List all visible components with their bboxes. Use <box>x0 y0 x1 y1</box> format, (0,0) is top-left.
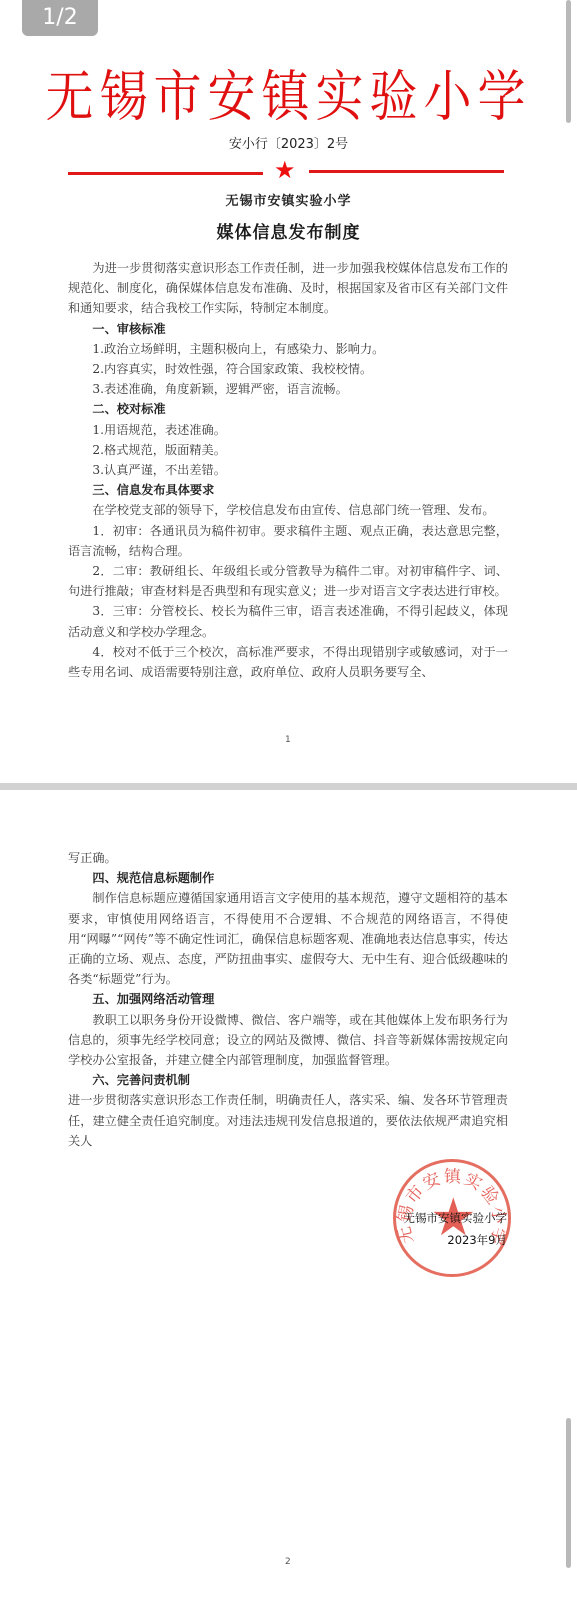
section-heading-4: 四、规范信息标题制作 <box>68 868 508 888</box>
section-1-item-3: 3.表述准确，角度新颖，逻辑严密，语言流畅。 <box>68 379 508 399</box>
signature-date: 2023年9月 <box>447 1232 507 1248</box>
signature-organization: 无锡市安镇实验小学 <box>404 1210 508 1226</box>
continued-text: 写正确。 <box>68 848 508 868</box>
section-heading-3: 三、信息发布具体要求 <box>68 480 508 500</box>
section-5-body: 教职工以职务身份开设微博、微信、客户端等，或在其他媒体上发布职务行为信息的，须事… <box>68 1010 508 1071</box>
section-2-item-2: 2.格式规范，版面精美。 <box>68 440 508 460</box>
section-1-item-1: 1.政治立场鲜明，主题积极向上，有感染力、影响力。 <box>68 339 508 359</box>
section-2-item-3: 3.认真严谨，不出差错。 <box>68 460 508 480</box>
section-3-item-1: 1．初审：各通讯员为稿件初审。要求稿件主题、观点正确，表达意思完整，语言流畅，结… <box>68 521 508 561</box>
red-rule-right <box>309 170 504 173</box>
page-separator <box>0 783 577 790</box>
page-2-body: 写正确。 四、规范信息标题制作 制作信息标题应遵循国家通用语言文字使用的基本规范… <box>68 848 508 1151</box>
document-page-1: 无锡市安镇实验小学 安小行〔2023〕2号 ★ 无锡市安镇实验小学 媒体信息发布… <box>0 0 577 783</box>
section-3-item-3: 3．三审：分管校长、校长为稿件三审，语言表述准确，不得引起歧义，体现活动意义和学… <box>68 601 508 641</box>
scrollbar-thumb-bottom[interactable] <box>566 1418 571 1568</box>
issuing-organization: 无锡市安镇实验小学 <box>0 190 577 209</box>
section-1-item-2: 2.内容真实，时效性强，符合国家政策、我校校情。 <box>68 359 508 379</box>
scrollbar-thumb-top[interactable] <box>566 0 571 123</box>
document-number: 安小行〔2023〕2号 <box>0 133 577 152</box>
section-heading-1: 一、审核标准 <box>68 319 508 339</box>
star-icon: ★ <box>274 158 296 182</box>
section-2-item-1: 1.用语规范，表述准确。 <box>68 420 508 440</box>
section-heading-5: 五、加强网络活动管理 <box>68 989 508 1009</box>
section-3-item-4: 4．校对不低于三个校次，高标准严要求，不得出现错别字或敏感词，对于一些专用名词、… <box>68 642 508 682</box>
section-6-body: 进一步贯彻落实意识形态工作责任制，明确责任人，落实采、编、发各环节管理责任，建立… <box>68 1090 508 1151</box>
page-indicator: 1/2 <box>22 0 98 36</box>
document-title: 媒体信息发布制度 <box>0 218 577 243</box>
red-rule-left <box>68 172 263 175</box>
section-heading-2: 二、校对标准 <box>68 399 508 419</box>
page-1-body: 为进一步贯彻落实意识形态工作责任制，进一步加强我校媒体信息发布工作的规范化、制度… <box>68 258 508 682</box>
section-heading-6: 六、完善问责机制 <box>68 1070 508 1090</box>
section-4-body: 制作信息标题应遵循国家通用语言文字使用的基本规范，遵守文题相符的基本要求，审慎使… <box>68 888 508 989</box>
school-masthead: 无锡市安镇实验小学 <box>0 52 577 131</box>
section-3-item-2: 2．二审：教研组长、年级组长或分管教导为稿件二审。对初审稿件字、词、句进行推敲；… <box>68 561 508 601</box>
page-number-1: 1 <box>285 735 291 745</box>
intro-paragraph: 为进一步贯彻落实意识形态工作责任制，进一步加强我校媒体信息发布工作的规范化、制度… <box>68 258 508 319</box>
section-3-intro: 在学校党支部的领导下，学校信息发布由宣传、信息部门统一管理、发布。 <box>68 500 508 520</box>
page-number-2: 2 <box>285 1557 291 1567</box>
